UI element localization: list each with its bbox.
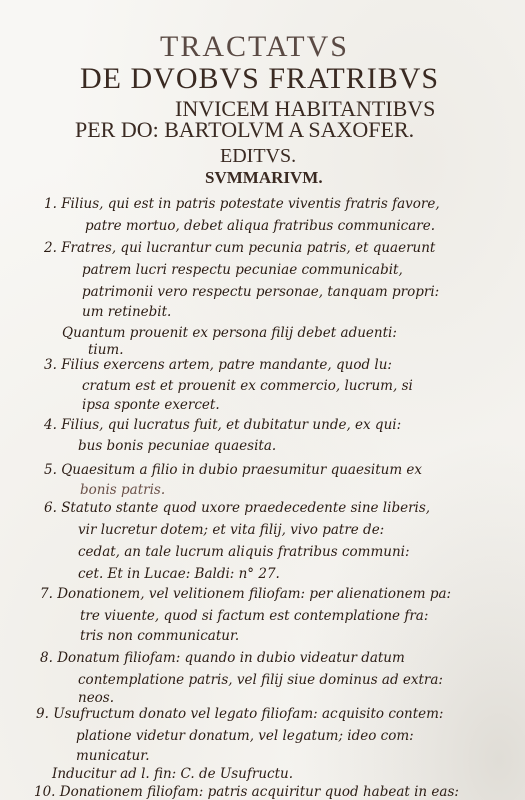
entry-2-line-3: patrimonii vero respectu personae, tanqu…	[82, 284, 439, 300]
entry-5-line-2: bonis patris.	[80, 482, 165, 498]
entry-2-line-1: 2. Fratres, qui lucrantur cum pecunia pa…	[44, 240, 435, 256]
entry-10-line-1: 10. Donationem filiofam: patris acquirit…	[34, 784, 459, 800]
entry-6-line-4: cet. Et in Lucae: Baldi: n° 27.	[78, 566, 280, 582]
note-1-line-2: tium.	[88, 342, 124, 358]
entry-2-line-4: um retinebit.	[82, 304, 171, 320]
entry-7-line-1: 7. Donationem, vel velitionem filiofam: …	[40, 586, 451, 602]
entry-1-line-1: 1. Filius, qui est in patris potestate v…	[44, 196, 440, 212]
entry-2-line-2: patrem lucri respectu pecuniae communica…	[82, 262, 403, 278]
entry-9-line-1: 9. Usufructum donato vel legato filiofam…	[36, 706, 443, 722]
entry-1-line-2: patre mortuo, debet aliqua fratribus com…	[85, 218, 435, 234]
manuscript-page: TRACTATVS DE DVOBVS FRATRIBVS INVICEM HA…	[0, 0, 525, 800]
entry-6-line-3: cedat, an tale lucrum aliquis fratribus …	[78, 544, 410, 560]
entry-8-line-2: contemplatione patris, vel filij siue do…	[78, 672, 443, 688]
entry-8-line-1: 8. Donatum filiofam: quando in dubio vid…	[40, 650, 405, 666]
summary-heading: SVMMARIVM.	[205, 168, 323, 188]
entry-4-line-1: 4. Filius, qui lucratus fuit, et dubitat…	[44, 417, 401, 433]
title-line-2: DE DVOBVS FRATRIBVS	[80, 62, 439, 96]
entry-3-line-1: 3. Filius exercens artem, patre mandante…	[44, 357, 392, 373]
entry-5-line-1: 5. Quaesitum a filio in dubio praesumitu…	[44, 462, 422, 478]
note-1-line-1: Quantum prouenit ex persona filij debet …	[62, 325, 397, 341]
entry-7-line-3: tris non communicatur.	[80, 628, 239, 644]
title-line-5: EDITVS.	[220, 145, 296, 168]
entry-9-line-2: platione videtur donatum, vel legatum; i…	[76, 728, 414, 744]
entry-3-line-3: ipsa sponte exercet.	[82, 397, 220, 413]
entry-7-line-2: tre viuente, quod si factum est contempl…	[80, 608, 428, 624]
entry-4-line-2: bus bonis pecuniae quaesita.	[78, 438, 276, 454]
entry-6-line-2: vir lucretur dotem; et vita filij, vivo …	[78, 522, 384, 538]
title-line-4: PER DO: BARTOLVM A SAXOFER.	[75, 117, 414, 143]
entry-8-line-3: neos.	[78, 690, 114, 706]
entry-9-line-3: municatur.	[76, 748, 150, 764]
entry-3-line-2: cratum est et prouenit ex commercio, luc…	[82, 378, 413, 394]
entry-6-line-1: 6. Statuto stante quod uxore praedeceden…	[44, 500, 430, 516]
note-2-line-1: Inducitur ad l. fin: C. de Usufructu.	[52, 766, 293, 782]
title-line-1: TRACTATVS	[160, 30, 349, 64]
